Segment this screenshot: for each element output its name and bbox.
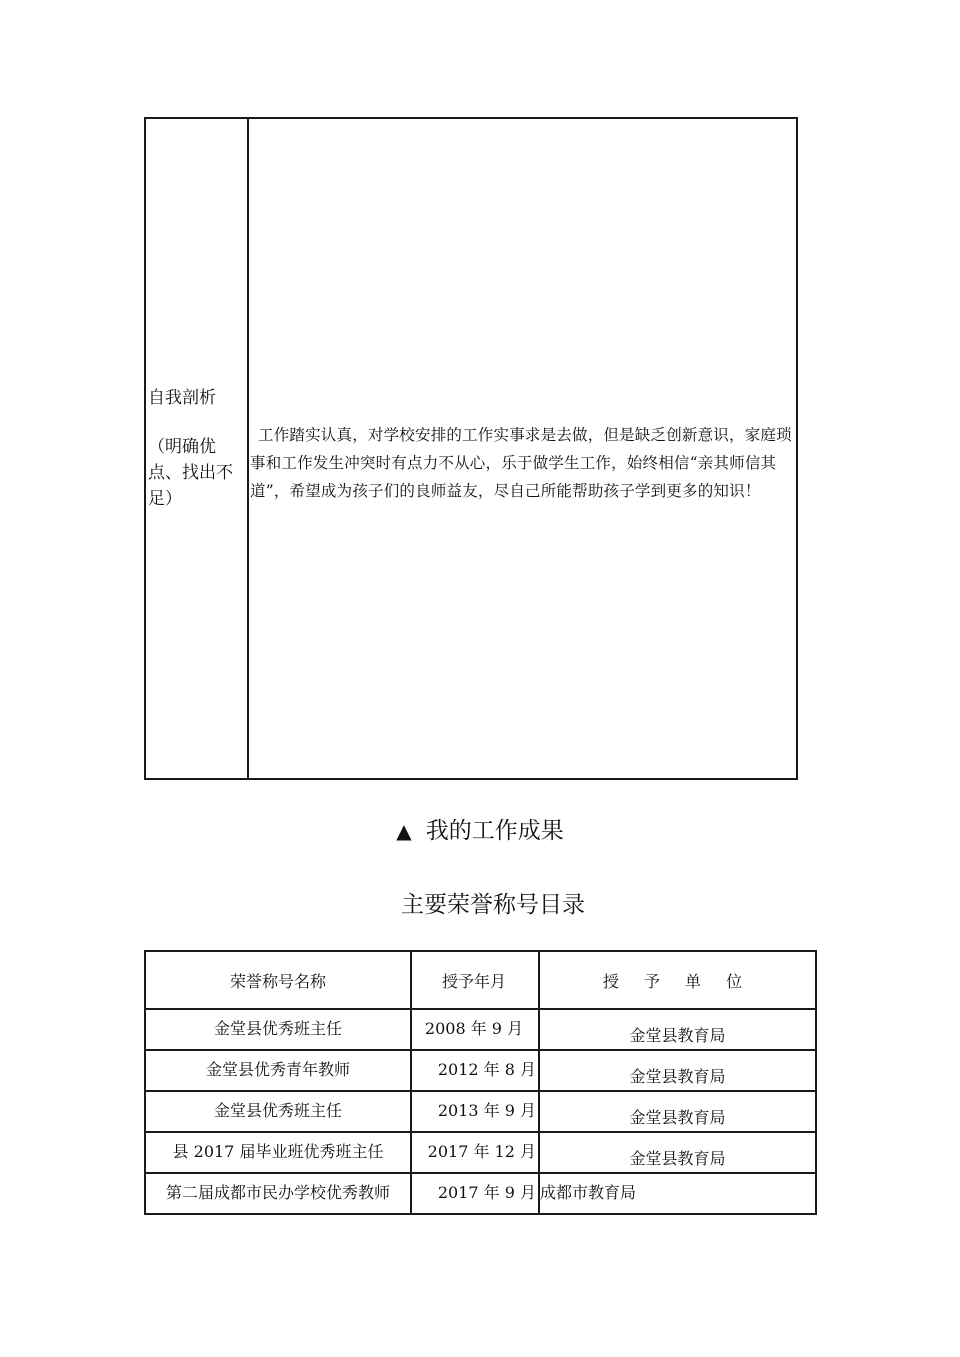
section-title: 我的工作成果 <box>426 818 564 844</box>
honor-date: 2008 年 9 月 <box>412 1010 536 1039</box>
table-row: 县 2017 届毕业班优秀班主任 2017 年 12 月 金堂县教育局 <box>145 1132 816 1173</box>
honor-name: 金堂县优秀青年教师 <box>146 1051 410 1080</box>
self-analysis-label-subtitle: （明确优点、找出不足） <box>148 434 246 512</box>
table-row: 金堂县优秀班主任 2008 年 9 月 金堂县教育局 <box>145 1009 816 1050</box>
honor-unit: 金堂县教育局 <box>540 1133 815 1169</box>
honors-title: 主要荣誉称号目录 <box>0 886 960 919</box>
table-header-row: 荣誉称号名称 授予年月 授 予 单 位 <box>145 951 816 1009</box>
column-header-unit: 授 予 单 位 <box>539 951 816 1009</box>
honor-name: 金堂县优秀班主任 <box>146 1092 410 1121</box>
column-header-date: 授予年月 <box>411 951 539 1009</box>
self-analysis-label-title: 自我剖析 <box>148 385 216 412</box>
honor-name: 县 2017 届毕业班优秀班主任 <box>146 1133 410 1162</box>
table-row: 金堂县优秀班主任 2013 年 9 月 金堂县教育局 <box>145 1091 816 1132</box>
honor-date: 2017 年 9 月 <box>412 1174 536 1203</box>
honors-table: 荣誉称号名称 授予年月 授 予 单 位 金堂县优秀班主任 2008 年 9 月 … <box>144 950 817 1215</box>
honor-date: 2017 年 12 月 <box>412 1133 536 1162</box>
table-row: 金堂县优秀青年教师 2012 年 8 月 金堂县教育局 <box>145 1050 816 1091</box>
honor-unit: 金堂县教育局 <box>540 1010 815 1046</box>
triangle-icon: ▲ <box>396 819 411 843</box>
self-analysis-label-cell: 自我剖析 （明确优点、找出不足） <box>146 119 249 778</box>
honor-name: 第二届成都市民办学校优秀教师 <box>146 1174 410 1203</box>
honor-unit: 金堂县教育局 <box>540 1092 815 1128</box>
section-heading: ▲我的工作成果 <box>0 812 960 845</box>
self-analysis-content-cell: 工作踏实认真，对学校安排的工作实事求是去做，但是缺乏创新意识，家庭琐事和工作发生… <box>249 119 796 778</box>
honor-name: 金堂县优秀班主任 <box>146 1010 410 1039</box>
honor-unit: 成都市教育局 <box>540 1174 815 1203</box>
self-analysis-text: 工作踏实认真，对学校安排的工作实事求是去做，但是缺乏创新意识，家庭琐事和工作发生… <box>250 421 798 505</box>
column-header-name: 荣誉称号名称 <box>145 951 411 1009</box>
honor-unit: 金堂县教育局 <box>540 1051 815 1087</box>
honor-date: 2012 年 8 月 <box>412 1051 536 1080</box>
honor-date: 2013 年 9 月 <box>412 1092 536 1121</box>
self-analysis-table: 自我剖析 （明确优点、找出不足） 工作踏实认真，对学校安排的工作实事求是去做，但… <box>144 117 798 780</box>
table-row: 第二届成都市民办学校优秀教师 2017 年 9 月 成都市教育局 <box>145 1173 816 1214</box>
